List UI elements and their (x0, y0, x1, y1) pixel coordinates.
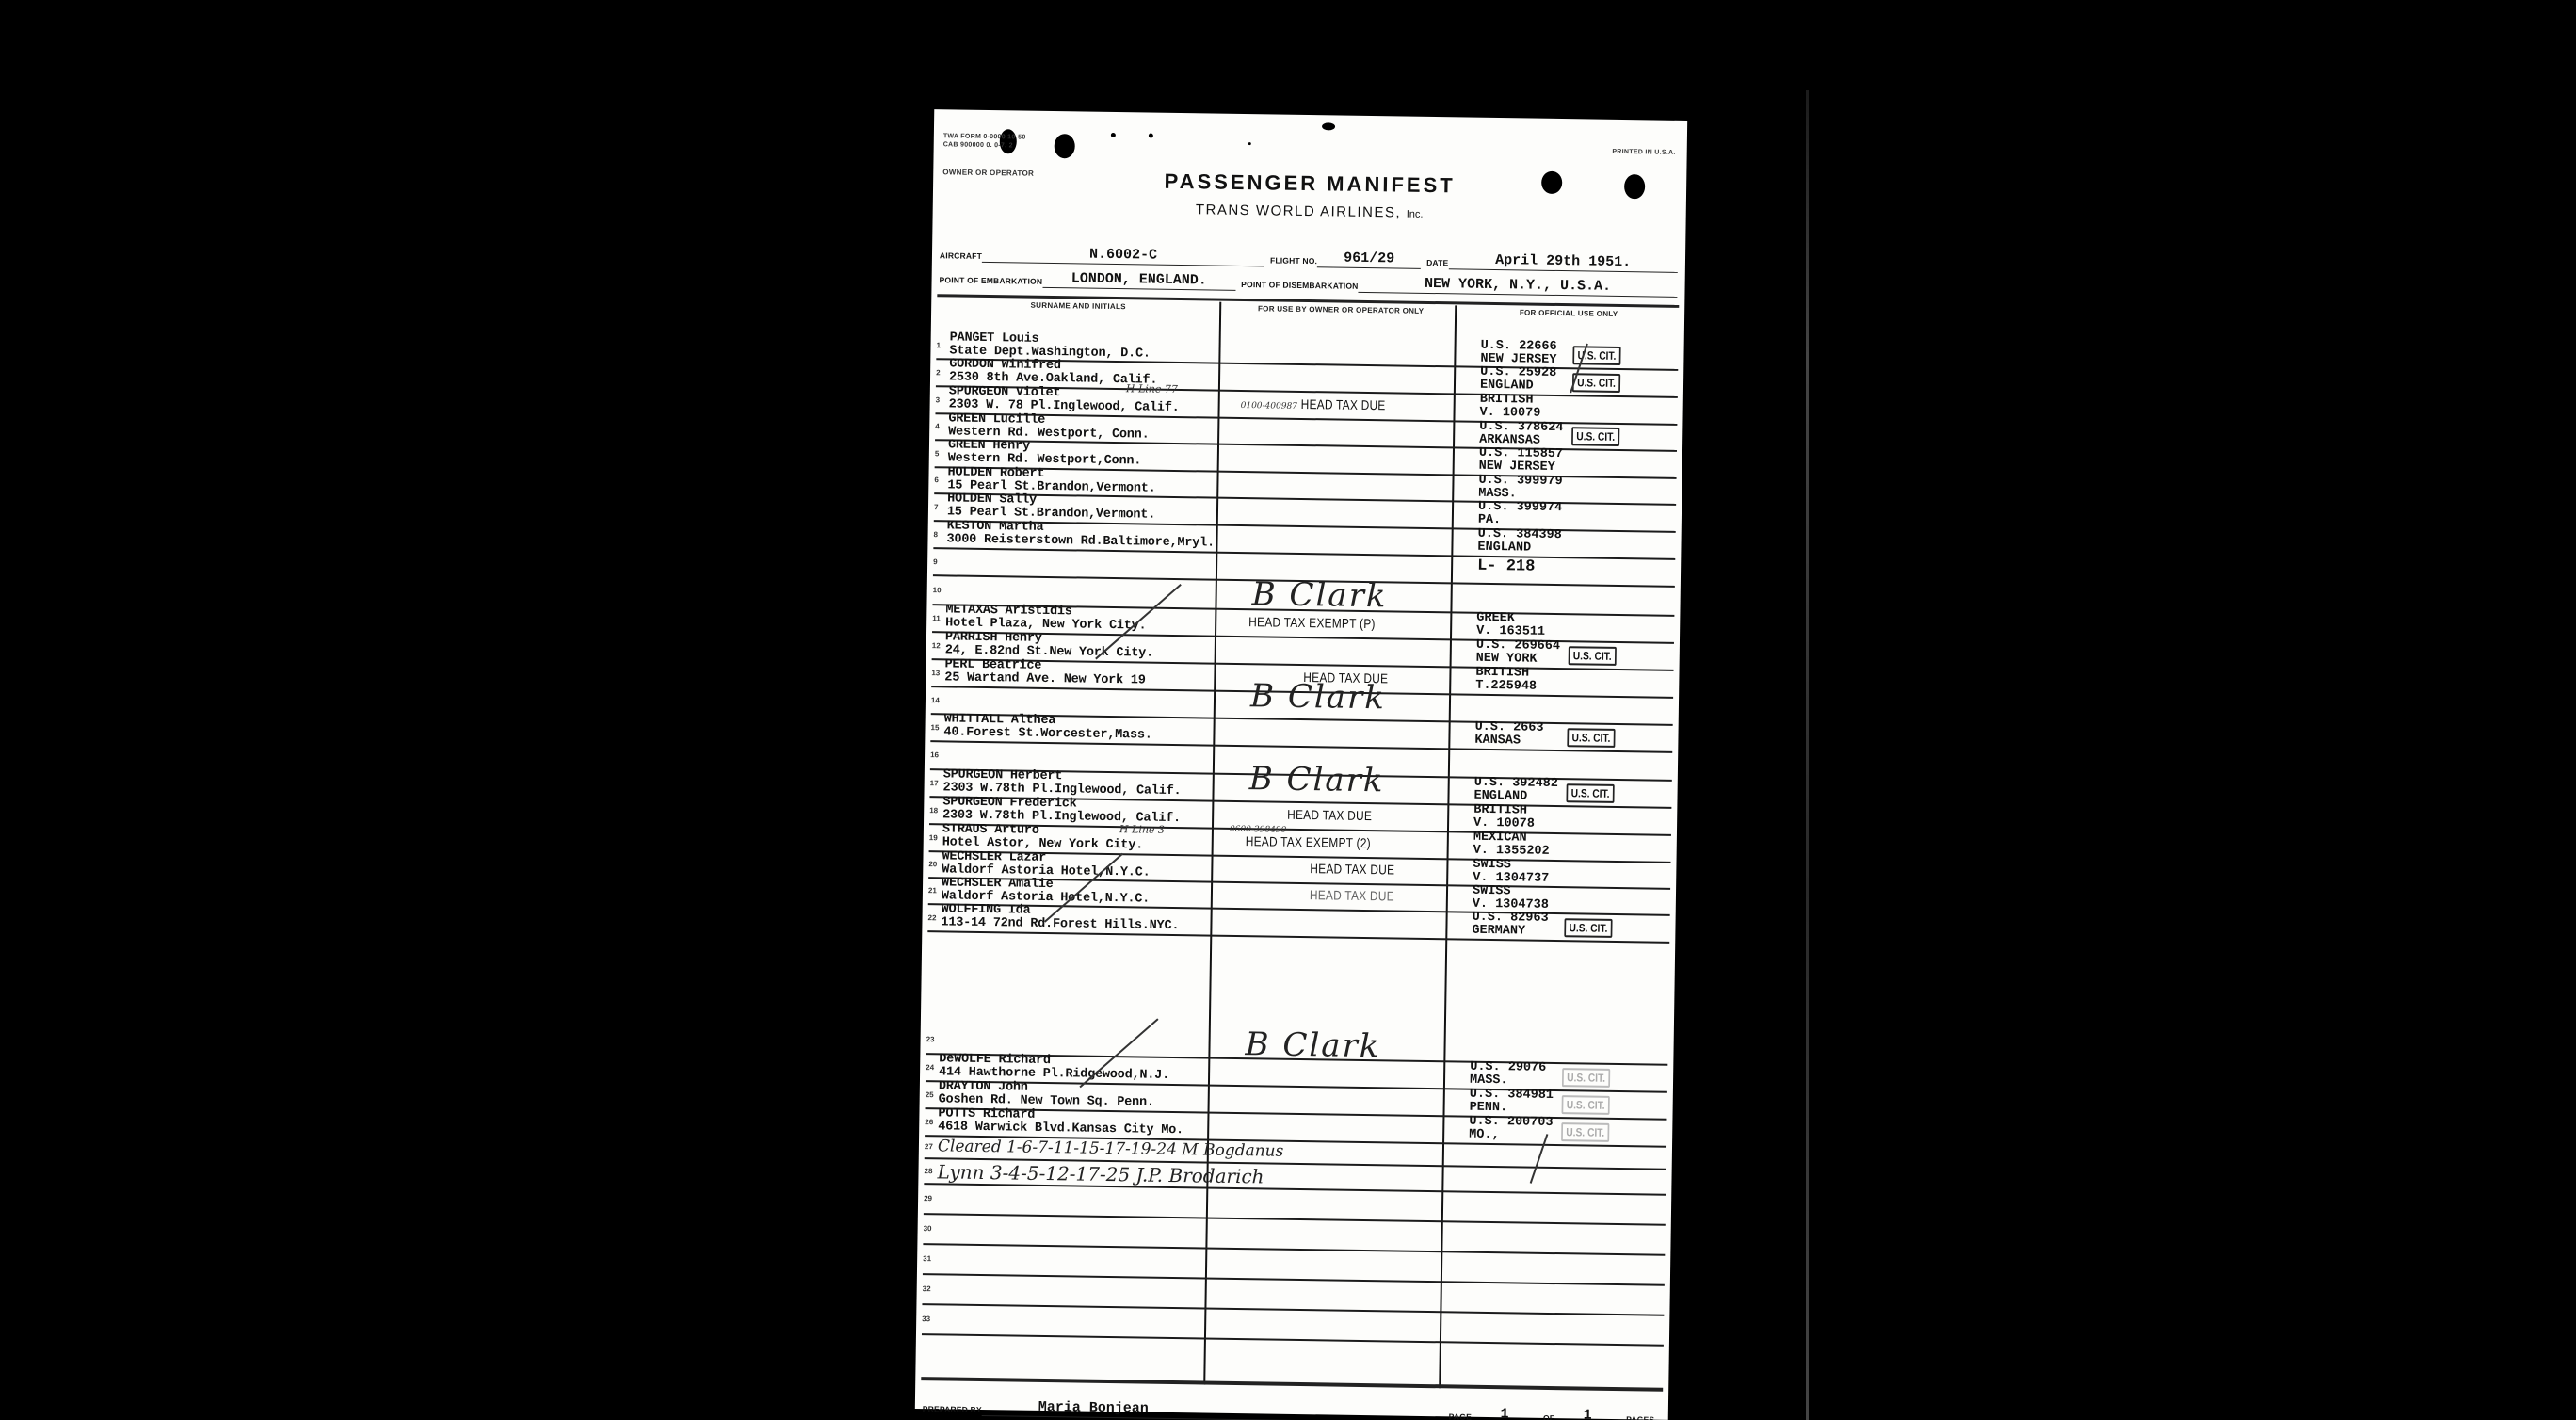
official-line2: PENN. (1470, 1101, 1508, 1116)
us-citizen-stamp: U.S. CIT. (1562, 1095, 1610, 1115)
flight-no-label: FLIGHT NO. (1270, 255, 1317, 267)
official-line2: ENGLAND (1480, 379, 1534, 394)
official-line2: V. 1355202 (1473, 844, 1550, 859)
date-label: DATE (1426, 258, 1448, 269)
handwritten-ref: 0600-398490 (1230, 825, 1286, 835)
disembarkation-label: POINT OF DISEMBARKATION (1241, 280, 1359, 293)
date-value: April 29th 1951. (1448, 251, 1678, 273)
row-number: 25 (926, 1090, 937, 1099)
row-number: 16 (930, 750, 942, 759)
row-number: 20 (928, 860, 940, 868)
page-label: PAGE (1449, 1412, 1472, 1420)
official-line2: NEW JERSEY (1479, 460, 1555, 475)
row-number: 24 (926, 1063, 937, 1072)
ink-speck (1322, 122, 1335, 130)
us-citizen-stamp: U.S. CIT. (1562, 1068, 1610, 1088)
official-line2: ENGLAND (1477, 541, 1531, 556)
row-number: 22 (927, 913, 939, 922)
row-number: 23 (926, 1035, 938, 1043)
us-citizen-stamp: U.S. CIT. (1564, 918, 1612, 938)
row-number: 2 (936, 368, 947, 377)
official-line2: NEW YORK (1476, 652, 1538, 667)
us-citizen-stamp: U.S. CIT. (1572, 373, 1620, 393)
column-header-official: FOR OFFICIAL USE ONLY (1460, 307, 1677, 342)
handwritten-note: H Line 3 (1119, 823, 1165, 836)
page-title: PASSENGER MANIFEST (933, 166, 1686, 202)
prepared-by-value: Maria Bonjean (982, 1398, 1443, 1420)
airline-label: TRANS WORLD AIRLINES, (1196, 202, 1401, 220)
us-citizen-stamp: U.S. CIT. (1571, 427, 1619, 446)
ink-speck (1248, 142, 1251, 145)
handwritten-note: H Line 77 (1126, 382, 1178, 395)
footer: PREPARED BY Maria Bonjean PAGE 1 OF 1 PA… (923, 1397, 1661, 1420)
page-number: 1 (1472, 1406, 1538, 1420)
row-number: 18 (929, 806, 941, 815)
row-number: 30 (924, 1224, 935, 1233)
divider (921, 1377, 1663, 1392)
pages-label: PAGES (1626, 1414, 1654, 1420)
aircraft-value: N.6002-C (982, 245, 1264, 266)
scanner-edge-line (1806, 90, 1809, 1420)
owner-note: HEAD TAX EXEMPT (2) (1246, 833, 1371, 850)
prepared-by-label: PREPARED BY (923, 1404, 982, 1416)
official-line2: GERMANY (1472, 924, 1525, 939)
punch-hole (1055, 134, 1075, 158)
row-number: 1 (936, 341, 947, 349)
handwritten-clearance-28: Lynn 3-4-5-12-17-25 J.P. Brodarich (937, 1160, 1264, 1187)
handwritten-ref: 0100-400987 (1241, 401, 1297, 411)
owner-note: HEAD TAX DUE (1301, 395, 1386, 411)
row-number: 3 (936, 395, 947, 404)
officer-signature: B Clark (1251, 575, 1387, 615)
passenger-address: 25 Wartand Ave. New York 19 (944, 670, 1146, 687)
officer-signature: B Clark (1248, 760, 1384, 799)
row-number: 21 (928, 886, 940, 895)
embarkation-label: POINT OF EMBARKATION (939, 275, 1042, 288)
official-line2: ENGLAND (1473, 789, 1527, 804)
row-number: 31 (923, 1254, 934, 1263)
aircraft-label: AIRCRAFT (940, 250, 982, 263)
row-number: 4 (935, 422, 946, 430)
row-number: 29 (924, 1194, 935, 1202)
disembarkation-value: NEW YORK, N.Y., U.S.A. (1358, 275, 1677, 298)
us-citizen-stamp: U.S. CIT. (1569, 646, 1617, 666)
row-number: 12 (932, 641, 943, 650)
row-number: 5 (935, 449, 946, 458)
row-number: 6 (934, 476, 945, 484)
owner-note: HEAD TAX DUE (1310, 887, 1394, 903)
us-citizen-stamp: U.S. CIT. (1566, 783, 1614, 803)
row-number: 17 (930, 779, 942, 787)
embarkation-value: LONDON, ENGLAND. (1042, 270, 1235, 291)
manifest-page: TWA FORM 0-0000 10-50 CAB 900000 0. 0-7.… (915, 109, 1687, 1420)
form-code: TWA FORM 0-0000 10-50 CAB 900000 0. 0-7.… (943, 132, 1026, 150)
row-number: 9 (933, 557, 944, 566)
official-line2: V. 10079 (1479, 406, 1540, 421)
official-line2: V. 163511 (1476, 624, 1545, 639)
row-number: 14 (931, 696, 942, 704)
total-pages: 1 (1554, 1407, 1620, 1420)
passenger-address: 113-14 72nd Rd.Forest Hills.NYC. (941, 915, 1179, 933)
row-number: 32 (923, 1284, 934, 1293)
printed-in-label: PRINTED IN U.S.A. (1612, 148, 1675, 157)
row-number: 27 (925, 1142, 936, 1151)
column-header-owner: FOR USE BY OWNER OR OPERATOR ONLY (1223, 304, 1458, 340)
owner-note: HEAD TAX EXEMPT (P) (1248, 614, 1376, 631)
row-number: 15 (930, 723, 942, 732)
row-number: 7 (934, 503, 945, 511)
passenger-table: 1PANGET LouisState Dept.Washington, D.C.… (934, 109, 1687, 121)
flight-no-value: 961/29 (1317, 250, 1421, 269)
us-citizen-stamp: U.S. CIT. (1567, 728, 1615, 748)
row-number: 33 (922, 1315, 933, 1323)
official-line2: MASS. (1470, 1073, 1508, 1089)
owner-note: HEAD TAX DUE (1310, 861, 1394, 877)
airline-suffix: Inc. (1407, 209, 1424, 220)
of-label: OF (1543, 1413, 1554, 1420)
ink-speck (1149, 134, 1153, 138)
row-number: 13 (931, 669, 942, 677)
row-number: 28 (924, 1167, 935, 1175)
airline-name: TRANS WORLD AIRLINES, Inc. (933, 198, 1686, 225)
owner-note: HEAD TAX DUE (1287, 806, 1372, 822)
official-line2: PA. (1478, 513, 1502, 527)
official-line2: T.225948 (1475, 679, 1537, 694)
row-number: 11 (932, 614, 943, 622)
official-line1: L- 218 (1477, 559, 1535, 574)
row-number: 26 (925, 1118, 936, 1126)
row-number: 8 (934, 530, 945, 539)
officer-signature: B Clark (1250, 677, 1386, 717)
official-line2: KANSAS (1474, 734, 1521, 749)
row-number: 19 (929, 833, 941, 842)
official-line2: V. 10078 (1473, 816, 1535, 831)
ink-speck (1111, 133, 1116, 137)
us-citizen-stamp: U.S. CIT. (1561, 1122, 1609, 1142)
official-line2: MO., (1469, 1128, 1500, 1142)
form-code-line2: CAB 900000 0. 0-7. 2 (943, 140, 1026, 150)
officer-signature: B Clark (1245, 1025, 1380, 1065)
row-number: 10 (933, 586, 944, 594)
